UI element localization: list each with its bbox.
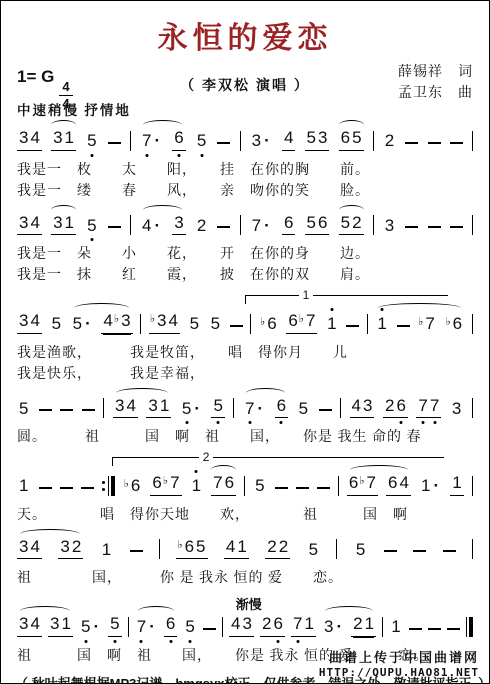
octave-dot-low (248, 421, 251, 424)
slur (339, 120, 364, 130)
octave-dot-low (277, 640, 280, 643)
barline (336, 539, 337, 559)
notation-row: 34315·57·654326713·211 (15, 614, 475, 645)
author-credits: 薛锡祥 词孟卫东 曲 (398, 61, 473, 103)
note-token: 6♭7 (150, 473, 181, 496)
barline (250, 314, 251, 334)
dash-line (384, 550, 397, 552)
slur (51, 120, 76, 130)
note-token: 6 (282, 213, 295, 236)
note-token: 1· (419, 476, 442, 496)
note-token: ♭7 (417, 314, 437, 334)
note-token: 5 (50, 314, 63, 334)
note-token: 5 (85, 131, 98, 151)
dash-line (413, 550, 426, 552)
note-token: 65 (339, 128, 364, 151)
note-token: 3 (172, 213, 185, 236)
dash-line (346, 325, 359, 327)
score-line: 21♭66♭717656♭7641·1天。 唱 得你天地 欢， 祖 国 啊 (15, 450, 475, 525)
note-token: 6♭7 (347, 473, 378, 496)
slur (143, 205, 182, 215)
note-token: 6♭7 (286, 311, 317, 334)
dash-line (230, 325, 243, 327)
lyrics-row: 我是一 缕 春 风， 亲 吻你的笑 脸。 (17, 182, 475, 201)
note-token: 5 (253, 476, 266, 496)
octave-dot-low (185, 421, 188, 424)
dash-line (108, 142, 121, 144)
final-barline (466, 617, 473, 637)
barline (240, 131, 241, 151)
octave-dot-low (140, 640, 143, 643)
octave-dot-low (400, 421, 403, 424)
octave-dot-low (90, 154, 93, 157)
lyrics-row: 我是一 枚 太 阳， 挂 在你的胸 前。 (17, 161, 475, 180)
note-token: 6 (172, 128, 185, 151)
tempo-indication: 中速稍慢 抒情地 (17, 99, 131, 119)
slur (143, 120, 182, 130)
note-token: 7· (243, 399, 266, 419)
note-token: 31 (146, 396, 171, 419)
note-token: 22 (265, 537, 290, 560)
note-token: 26 (383, 396, 408, 419)
tempo-mark: 渐慢 (236, 594, 262, 613)
note-token: 31 (51, 213, 76, 236)
dash-line (405, 142, 418, 144)
note-token: 1 (375, 314, 388, 334)
dash-line (397, 325, 410, 327)
note-token: 53 (305, 128, 330, 151)
site-url[interactable]: HTTP://QUPU.HAO81.NET (319, 666, 479, 679)
volta-label: 2 (199, 450, 214, 464)
note-token: 2 (383, 131, 396, 151)
note-token: 5 (209, 314, 222, 334)
barline (382, 617, 383, 637)
barline (340, 398, 341, 418)
composer-credit: 孟卫东 曲 (398, 82, 473, 103)
note-token: 3 (450, 399, 463, 419)
dash-line (409, 628, 422, 630)
note-token: 5 (307, 540, 320, 560)
barline (373, 215, 374, 235)
note-token: 5 (183, 617, 196, 637)
site-name: 曲谱上传于中国曲谱网 (319, 647, 479, 666)
note-token: 3· (322, 617, 345, 637)
dash-line (108, 226, 121, 228)
site-credit: 曲谱上传于中国曲谱网 HTTP://QUPU.HAO81.NET (319, 647, 479, 679)
note-token: 4 (282, 128, 295, 151)
note-token: 31 (48, 614, 73, 637)
note-token: 6 (164, 614, 177, 637)
dash-line (428, 142, 441, 144)
note-token: 26 (260, 614, 285, 637)
octave-dot-low (296, 640, 299, 643)
dash-line (319, 409, 332, 411)
notation-row: 3455·4♭3♭3455♭66♭711♭7♭6 (15, 311, 475, 342)
note-token: 34 (17, 128, 42, 151)
barline (373, 131, 374, 151)
lyrics-row: 我是一 抹 红 霞， 披 在你的双 肩。 (17, 266, 475, 285)
dash-line (203, 628, 216, 630)
note-token: 31 (51, 128, 76, 151)
note-token: 5· (180, 399, 203, 419)
barline (130, 215, 131, 235)
note-token: 1 (190, 476, 203, 496)
barline (140, 314, 141, 334)
note-token: 64 (386, 473, 411, 496)
dash-line (450, 226, 463, 228)
lyricist-credit: 薛锡祥 词 (398, 61, 473, 82)
volta-label: 1 (299, 288, 314, 302)
note-token: 7· (250, 216, 273, 236)
note-token: 32 (58, 537, 83, 560)
meter-numerator: 4 (59, 80, 72, 96)
sheet-music-page: 永恒的爱恋 1= G44 （ 李双松 演唱 ） 薛锡祥 词孟卫东 曲 中速稍慢 … (0, 0, 490, 684)
note-token: 5 (108, 614, 121, 637)
note-token: 71 (291, 614, 316, 637)
octave-dot-high (330, 308, 333, 311)
dash-line (443, 550, 456, 552)
notation-row: 343157·653·453652 (15, 128, 475, 159)
note-token: 7· (135, 617, 158, 637)
note-token: 76 (211, 473, 236, 496)
barline (103, 398, 104, 418)
note-token: 3 (383, 216, 396, 236)
barline (367, 314, 368, 334)
note-token: 1 (100, 540, 113, 560)
slur (116, 388, 168, 398)
note-token: 3· (250, 131, 273, 151)
note-token: 5· (79, 617, 102, 637)
note-token: ♭6 (444, 314, 464, 334)
dash-line (60, 487, 73, 489)
lyrics-row: 天。 唱 得你天地 欢， 祖 国 啊 (17, 506, 475, 525)
lyrics-row: 我是快乐， 我是幸福， (17, 365, 475, 384)
note-token: 77 (416, 396, 441, 419)
repeat-barline (102, 476, 115, 496)
notation-row: 34321♭65412255 (15, 537, 475, 568)
barline (472, 398, 473, 418)
octave-dot-low (217, 421, 220, 424)
note-token: 2 (195, 216, 208, 236)
note-token: 21 (351, 614, 376, 637)
note-token: 1 (325, 314, 338, 334)
header-band: 1= G44 （ 李双松 演唱 ） 薛锡祥 词孟卫东 曲 中速稍慢 抒情地 (15, 61, 475, 119)
score-line: 13455·4♭3♭3455♭66♭711♭7♭6我是渔歌， 我是牧笛， 唱 得… (15, 288, 475, 384)
note-token: 5 (188, 314, 201, 334)
dash-line (82, 409, 95, 411)
octave-dot-low (280, 421, 283, 424)
barline (233, 398, 234, 418)
barline (472, 131, 473, 151)
note-token: 1 (450, 473, 463, 496)
lyrics-row: 祖 国， 你 是 我永 恒的 爱 恋。 (17, 569, 475, 588)
lyrics-row: 我是一 朵 小 花， 开 在你的身 边。 (17, 245, 475, 264)
score: 343157·653·453652我是一 枚 太 阳， 挂 在你的胸 前。我是一… (15, 119, 475, 666)
dash-line (428, 628, 441, 630)
barline (128, 617, 129, 637)
note-token: 34 (113, 396, 138, 419)
octave-dot-low (200, 154, 203, 157)
note-token: 5 (17, 399, 30, 419)
note-token: 43 (229, 614, 254, 637)
lyrics-row: 圆。 祖 国 啊 祖 国， 你是 我生 命的 春 (17, 428, 475, 447)
notation-row: 534315·57·654326773 (15, 396, 475, 427)
octave-dot-low (84, 640, 87, 643)
barline (159, 539, 160, 559)
dash-line (428, 226, 441, 228)
score-line: 343154·327·656523我是一 朵 小 花， 开 在你的身 边。我是一… (15, 204, 475, 286)
key-label: 1= G (17, 67, 54, 86)
dash-line (405, 226, 418, 228)
octave-dot-low (189, 640, 192, 643)
note-token: 5 (297, 399, 310, 419)
barline (472, 314, 473, 334)
note-token: 34 (17, 614, 42, 637)
octave-dot-low (422, 421, 425, 424)
octave-dot-low (145, 154, 148, 157)
note-token: ♭6 (123, 476, 143, 496)
octave-dot-low (177, 154, 180, 157)
barline (472, 476, 473, 496)
slur (339, 205, 364, 215)
dash-line (450, 142, 463, 144)
note-token: 5 (354, 540, 367, 560)
dash-line (275, 487, 288, 489)
note-token: 5 (195, 131, 208, 151)
slur (20, 529, 80, 539)
note-token: ♭65 (176, 537, 207, 560)
barline (130, 131, 131, 151)
note-token: 7· (140, 131, 163, 151)
dash-line (81, 487, 94, 489)
note-token: 4· (140, 216, 163, 236)
note-token: 41 (224, 537, 249, 560)
dash-line (317, 487, 330, 489)
note-token: 43 (350, 396, 375, 419)
note-token: ♭6 (259, 314, 279, 334)
octave-dot-low (113, 640, 116, 643)
notation-row: 1♭66♭717656♭7641·1 (15, 473, 475, 504)
barline (338, 476, 339, 496)
note-token: 5· (71, 314, 94, 334)
note-token: 34 (17, 311, 42, 334)
dash-line (296, 487, 309, 489)
note-token: 56 (305, 213, 330, 236)
slur (51, 205, 76, 215)
dash-line (217, 142, 230, 144)
score-line: 343157·653·453652我是一 枚 太 阳， 挂 在你的胸 前。我是一… (15, 119, 475, 201)
note-token: 4♭3 (101, 311, 132, 334)
octave-dot-low (169, 640, 172, 643)
note-token: 52 (339, 213, 364, 236)
slur (246, 388, 285, 398)
performer-credit: （ 李双松 演唱 ） (180, 75, 310, 95)
dash-line (39, 487, 52, 489)
barline (240, 215, 241, 235)
dash-line (217, 226, 230, 228)
barline (222, 617, 223, 637)
note-token: 5 (211, 396, 224, 419)
note-token: 34 (17, 213, 42, 236)
dash-line (60, 409, 73, 411)
barline (472, 539, 473, 559)
score-line: 34321♭65412255祖 国， 你 是 我永 恒的 爱 恋。 (15, 528, 475, 589)
note-token: ♭34 (149, 311, 180, 334)
note-token: 1 (17, 476, 30, 496)
octave-dot-high (195, 470, 198, 473)
notation-row: 343154·327·656523 (15, 213, 475, 244)
octave-dot-low (433, 421, 436, 424)
barline (472, 215, 473, 235)
page-title: 永恒的爱恋 (15, 13, 475, 57)
score-line: 534315·57·654326773圆。 祖 国 啊 祖 国， 你是 我生 命… (15, 387, 475, 448)
note-token: 6 (275, 396, 288, 419)
lyrics-row: 我是渔歌， 我是牧笛， 唱 得你月 儿 (17, 344, 475, 363)
note-token: 1 (389, 617, 402, 637)
dash-line (39, 409, 52, 411)
barline (244, 476, 245, 496)
dash-line (447, 628, 460, 630)
octave-dot-low (90, 238, 93, 241)
note-token: 5 (85, 216, 98, 236)
note-token: 34 (17, 537, 42, 560)
dash-line (130, 550, 143, 552)
